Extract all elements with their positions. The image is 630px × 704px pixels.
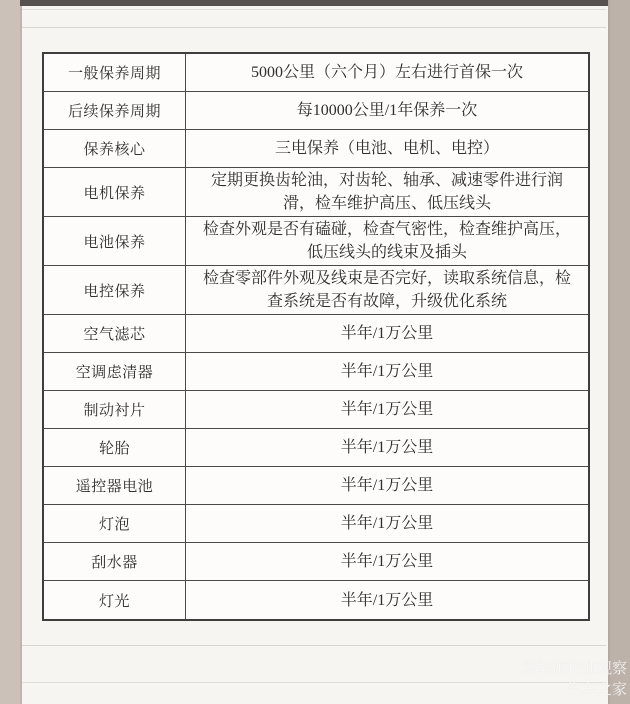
table-row: 电控保养 检查零部件外观及线束是否完好，读取系统信息，检查系统是否有故障，升级优… — [44, 266, 588, 315]
table-row: 空气滤芯 半年/1万公里 — [44, 315, 588, 353]
table-row: 后续保养周期 每10000公里/1年保养一次 — [44, 92, 588, 130]
paper-crease-line — [22, 27, 606, 28]
row-label: 电池保养 — [44, 217, 186, 265]
table-row: 保养核心 三电保养（电池、电机、电控） — [44, 130, 588, 168]
row-value: 三电保养（电池、电机、电控） — [186, 130, 588, 167]
row-value: 半年/1万公里 — [186, 353, 588, 390]
row-label: 刮水器 — [44, 543, 186, 580]
row-label: 保养核心 — [44, 130, 186, 167]
row-value: 检查外观是否有磕碰，检查气密性，检查维护高压，低压线头的线束及插头 — [186, 217, 588, 265]
row-label: 灯泡 — [44, 505, 186, 542]
table-row: 一般保养周期 5000公里（六个月）左右进行首保一次 — [44, 54, 588, 92]
right-edge-strip — [608, 0, 630, 704]
paper-crease-line — [22, 682, 606, 683]
row-value: 半年/1万公里 — [186, 543, 588, 580]
watermark-line2: 汽车之家 — [522, 679, 627, 700]
table-row: 空调虑清器 半年/1万公里 — [44, 353, 588, 391]
table-row: 刮水器 半年/1万公里 — [44, 543, 588, 581]
row-value: 半年/1万公里 — [186, 429, 588, 466]
top-dark-bar — [20, 0, 608, 6]
table-row: 遥控器电池 半年/1万公里 — [44, 467, 588, 505]
row-label: 灯光 — [44, 581, 186, 619]
row-value: 定期更换齿轮油，对齿轮、轴承、减速零件进行润滑，检车维护高压、低压线头 — [186, 168, 588, 216]
row-label: 遥控器电池 — [44, 467, 186, 504]
row-label: 制动衬片 — [44, 391, 186, 428]
paper-crease-line — [22, 9, 606, 10]
row-value: 半年/1万公里 — [186, 315, 588, 352]
row-value: 半年/1万公里 — [186, 505, 588, 542]
table-row: 电机保养 定期更换齿轮油，对齿轮、轴承、减速零件进行润滑，检车维护高压、低压线头 — [44, 168, 588, 217]
watermark-line1: 新能源行业观察 — [522, 658, 627, 679]
table-row: 电池保养 检查外观是否有磕碰，检查气密性，检查维护高压，低压线头的线束及插头 — [44, 217, 588, 266]
row-label: 电控保养 — [44, 266, 186, 314]
row-label: 轮胎 — [44, 429, 186, 466]
row-label: 一般保养周期 — [44, 54, 186, 91]
page: 一般保养周期 5000公里（六个月）左右进行首保一次 后续保养周期 每10000… — [0, 0, 630, 704]
row-label: 后续保养周期 — [44, 92, 186, 129]
row-value: 半年/1万公里 — [186, 581, 588, 619]
row-value: 检查零部件外观及线束是否完好，读取系统信息，检查系统是否有故障，升级优化系统 — [186, 266, 588, 314]
row-value: 半年/1万公里 — [186, 391, 588, 428]
row-value: 半年/1万公里 — [186, 467, 588, 504]
watermark: 新能源行业观察 汽车之家 — [522, 658, 627, 700]
row-value: 每10000公里/1年保养一次 — [186, 92, 588, 129]
table-row: 灯光 半年/1万公里 — [44, 581, 588, 619]
row-label: 空调虑清器 — [44, 353, 186, 390]
table-row: 制动衬片 半年/1万公里 — [44, 391, 588, 429]
table-row: 轮胎 半年/1万公里 — [44, 429, 588, 467]
left-edge-strip — [0, 0, 22, 704]
row-value: 5000公里（六个月）左右进行首保一次 — [186, 54, 588, 91]
paper-crease-line — [22, 645, 606, 646]
table-row: 灯泡 半年/1万公里 — [44, 505, 588, 543]
row-label: 电机保养 — [44, 168, 186, 216]
maintenance-schedule-table: 一般保养周期 5000公里（六个月）左右进行首保一次 后续保养周期 每10000… — [42, 52, 590, 621]
row-label: 空气滤芯 — [44, 315, 186, 352]
